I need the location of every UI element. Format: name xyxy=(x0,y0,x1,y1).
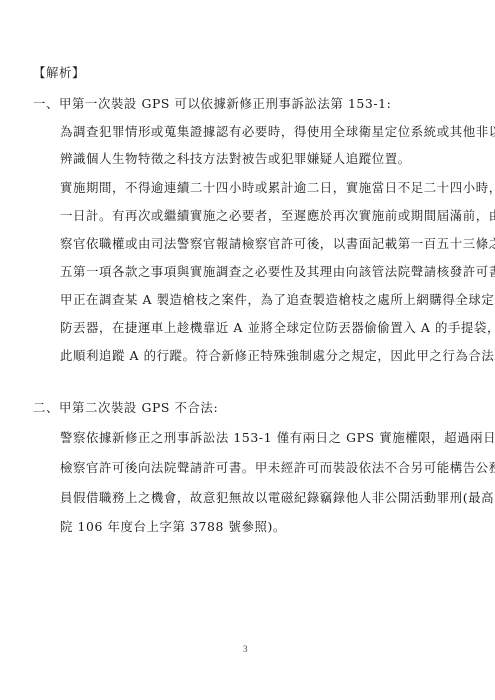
paragraph-line: 此順利追蹤 A 的行蹤。符合新修正特殊強制處分之規定，因此甲之行為合法。 xyxy=(60,348,495,364)
paragraph-line: 五第一項各款之事項與實施調查之必要性及其理由向該管法院聲請核發許可書。 xyxy=(60,264,495,280)
paragraph-line: 院 106 年度台上字第 3788 號參照)。 xyxy=(60,519,286,535)
paragraph-line: 實施期間，不得逾連續二十四小時或累計逾二日，實施當日不足二十四小時，以 xyxy=(60,180,495,196)
paragraph-line: 警察依據新修正之刑事訴訟法 153-1 僅有兩日之 GPS 實施權限，超過兩日就… xyxy=(60,430,495,446)
section-heading-2: 二、甲第二次裝設 GPS 不合法: xyxy=(33,400,218,416)
paragraph-line: 察官依職權或由司法警察官報請檢察官許可後，以書面記載第一百五十三條之 xyxy=(60,236,495,252)
paragraph-line: 員假借職務上之機會，故意犯無故以電磁紀錄竊錄他人非公開活動罪刑(最高法 xyxy=(60,490,495,506)
paragraph-line: 檢察官許可後向法院聲請許可書。甲未經許可而裝設依法不合另可能構告公務 xyxy=(60,460,495,476)
paragraph-line: 防丟器，在捷運車上趁機靠近 A 並將全球定位防丟器偷偷置入 A 的手提袋，藉 xyxy=(60,320,495,336)
paragraph-line: 為調查犯罪情形或蒐集證據認有必要時，得使用全球衛星定位系統或其他非以 xyxy=(60,124,495,140)
paragraph-line: 辨識個人生物特徵之科技方法對被告或犯罪嫌疑人追蹤位置。 xyxy=(60,151,411,167)
section-title: 【解析】 xyxy=(33,65,85,81)
page-number: 3 xyxy=(243,644,248,654)
document-page: 【解析】 一、甲第一次裝設 GPS 可以依據新修正刑事訴訟法第 153-1: 為… xyxy=(0,0,495,700)
section-heading-1: 一、甲第一次裝設 GPS 可以依據新修正刑事訴訟法第 153-1: xyxy=(33,96,391,112)
paragraph-line: 甲正在調查某 A 製造槍枝之案件，為了追查製造槍枝之處所上網購得全球定位 xyxy=(60,292,495,308)
paragraph-line: 一日計。有再次或繼續實施之必要者，至遲應於再次實施前或期間屆滿前，由檢 xyxy=(60,208,495,224)
